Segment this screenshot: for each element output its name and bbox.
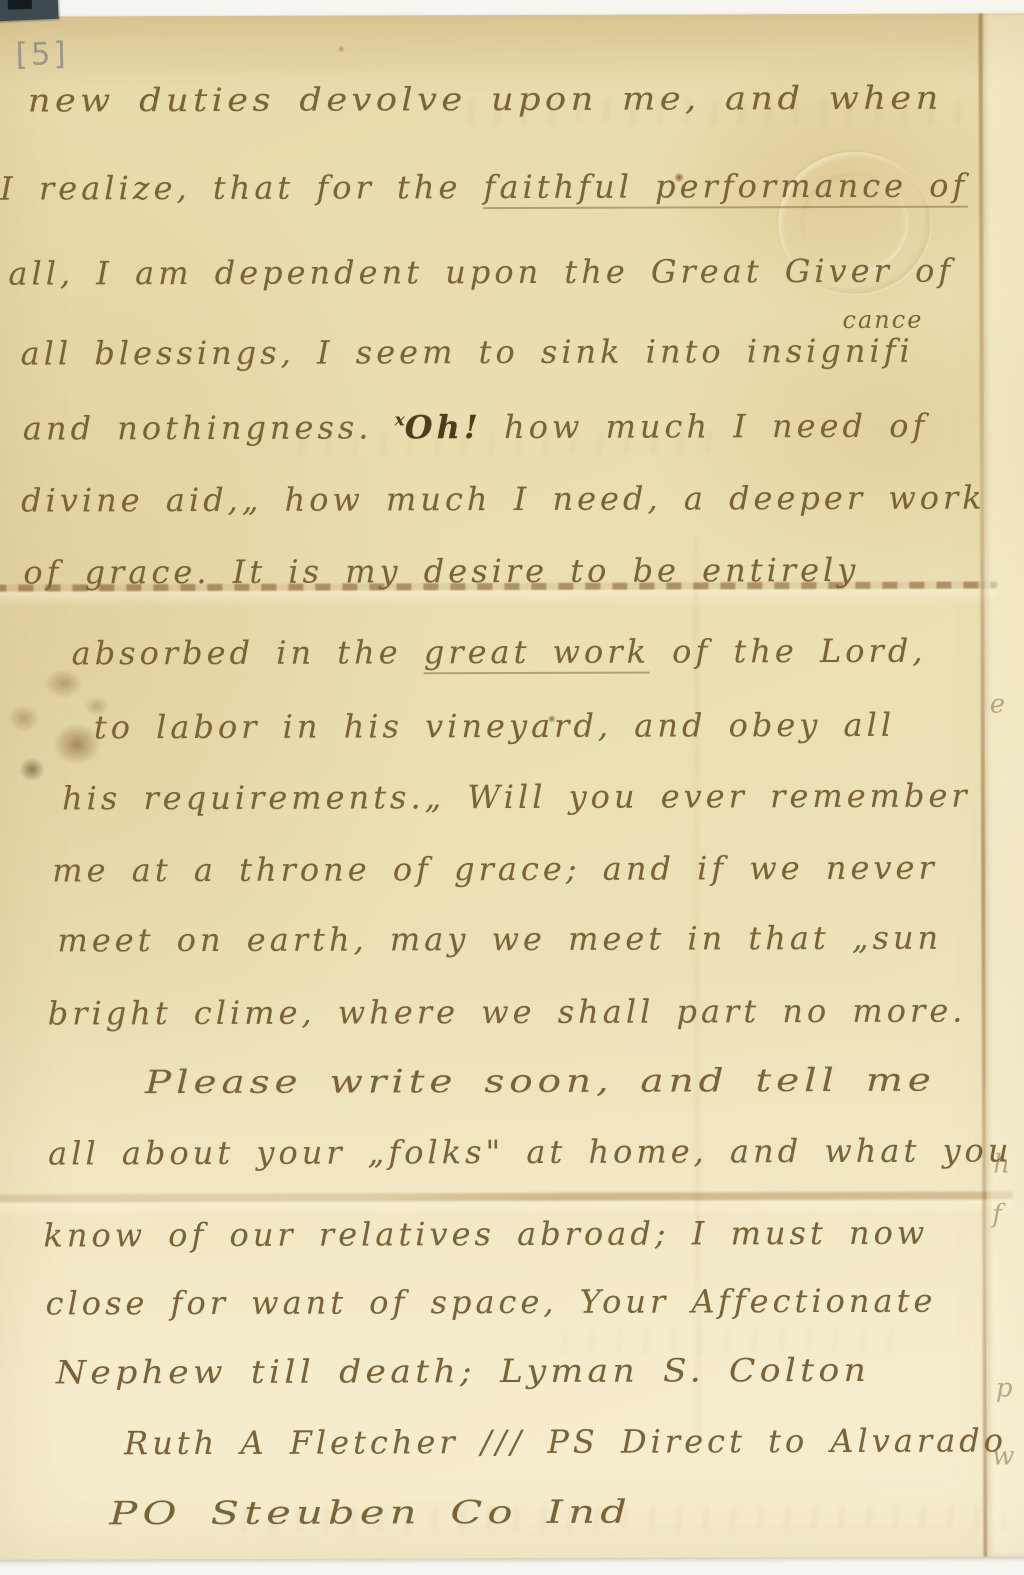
edge-fragment: w	[992, 1441, 1014, 1471]
emphasized-word: Oh!	[405, 408, 482, 446]
scanner-clip	[0, 0, 59, 21]
letter-line: all, I am dependent upon the Great Giver…	[8, 252, 954, 293]
line-segment: of the Lord,	[650, 632, 927, 671]
letter-line: bright clime, where we shall part no mor…	[48, 992, 967, 1033]
caret-mark: x	[395, 410, 405, 430]
adjacent-page-strip	[984, 13, 1024, 1556]
letter-line: me at a throne of grace; and if we never	[52, 849, 938, 890]
scan-frame: [5] new duties devolve upon me, and when…	[0, 0, 1024, 1575]
line-segment: how much I need of	[482, 407, 928, 446]
edge-fragment: p	[996, 1373, 1013, 1403]
edge-fragment: h	[993, 1149, 1010, 1179]
letter-line: I realize, that for the faithful perform…	[0, 167, 968, 208]
letter-line: and nothingness. xOh! how much I need of	[23, 407, 929, 448]
letter-line: Nephew till death; Lyman S. Colton	[56, 1351, 870, 1392]
letter-line: PO Steuben Co Ind	[109, 1493, 632, 1533]
letter-line: of grace. It is my desire to be entirely	[23, 551, 859, 592]
underlined-phrase: faithful performance of	[484, 167, 969, 210]
letter-body: new duties devolve upon me, and when I r…	[0, 13, 1024, 16]
paper-sheet: [5] new duties devolve upon me, and when…	[0, 13, 1024, 1559]
fold-crease-horizontal-lower	[0, 1191, 1013, 1202]
insertion-cance: cance	[842, 306, 923, 334]
ink-speck	[338, 46, 345, 53]
letter-line: Ruth A Fletcher /// PS Direct to Alvarad…	[124, 1421, 1007, 1462]
archival-page-number: [5]	[15, 36, 69, 73]
letter-line: all blessings, I seem to sink into insig…	[21, 332, 914, 373]
letter-line: Please write soon, and tell me	[145, 1061, 936, 1101]
ink-stain	[8, 704, 40, 732]
edge-fragment: f	[992, 1199, 1002, 1229]
line-segment: and nothingness.	[23, 408, 395, 447]
scanner-clip-notch	[7, 0, 32, 10]
letter-line: close for want of space, Your Affectiona…	[46, 1282, 937, 1323]
letter-line: to labor in his vineyard, and obey all	[94, 706, 895, 747]
letter-line: meet on earth, may we meet in that „sun	[57, 919, 942, 960]
line-segment: absorbed in the	[72, 633, 424, 672]
letter-line: divine aid,„ how much I need, a deeper w…	[21, 479, 986, 520]
letter-line: know of our relatives abroad; I must now	[43, 1214, 928, 1255]
edge-fragment: e	[990, 689, 1005, 719]
letter-line: absorbed in the great work of the Lord,	[72, 632, 927, 673]
letter-line: his requirements.„ Will you ever remembe…	[62, 777, 971, 818]
ink-stain	[18, 756, 46, 782]
letter-line: new duties devolve upon me, and when	[28, 79, 943, 120]
ink-stain	[44, 668, 84, 698]
letter-line: all about your „folks" at home, and what…	[48, 1131, 1012, 1172]
underlined-phrase: great work	[424, 633, 650, 675]
line-segment: I realize, that for the	[0, 168, 484, 208]
